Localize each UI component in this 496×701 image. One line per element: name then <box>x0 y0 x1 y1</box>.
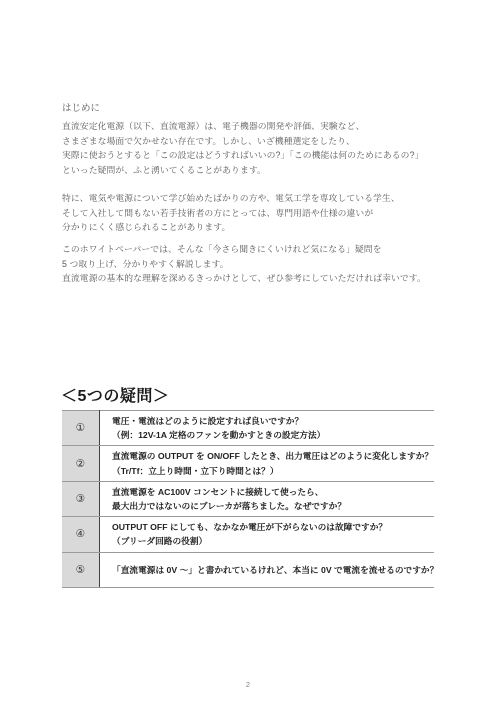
question-text-cell: 直流電源を AC100V コンセントに接続して使ったら、 最大出力ではないのにブ… <box>100 481 435 516</box>
question-line: （Tr/Tf：立上り時間・立下り時間とは？） <box>112 464 430 478</box>
intro-paragraph-2: 特に、電気や電源について学び始めたばかりの方や、電気工学を専攻している学生、 そ… <box>62 191 400 235</box>
question-number-badge: ③ <box>62 481 100 516</box>
question-text-cell: 電圧・電流はどのように設定すれば良いですか？ （例：12V-1A 定格のファンを… <box>100 411 435 446</box>
question-text-cell: 直流電源の OUTPUT を ON/OFF したとき、出力電圧はどのように変化し… <box>100 446 435 481</box>
paragraph-line: 直流電源の基本的な理解を深めるきっかけとして、ぜひ参考にしていただければ幸いです… <box>62 271 426 286</box>
question-number-badge: ① <box>62 411 100 446</box>
intro-heading: はじめに <box>62 100 100 114</box>
paragraph-line: さまざまな場面で欠かせない存在です。しかし、いざ機種選定をしたり、 <box>62 134 423 149</box>
paragraph-line: 直流安定化電源（以下、直流電源）は、電子機器の開発や評価、実験など、 <box>62 119 423 134</box>
question-number-badge: ④ <box>62 517 100 552</box>
intro-paragraph-1: 直流安定化電源（以下、直流電源）は、電子機器の開発や評価、実験など、 さまざまな… <box>62 119 423 177</box>
question-line: （ブリーダ回路の役割） <box>112 534 430 548</box>
questions-table: ① 電圧・電流はどのように設定すれば良いですか？ （例：12V-1A 定格のファ… <box>62 410 434 588</box>
paragraph-line: 実際に使おうとすると「この設定はどうすればいいの?」「この機能は何のためにあるの… <box>62 148 423 163</box>
question-line: 直流電源の OUTPUT を ON/OFF したとき、出力電圧はどのように変化し… <box>112 449 430 463</box>
question-line: 「直流電源は 0V ～」と書かれているけれど、本当に 0V で電流を流せるのです… <box>112 563 430 577</box>
paragraph-line: 5 つ取り上げ、分かりやすく解説します。 <box>62 257 426 272</box>
paragraph-line: 特に、電気や電源について学び始めたばかりの方や、電気工学を専攻している学生、 <box>62 191 400 206</box>
question-row: ③ 直流電源を AC100V コンセントに接続して使ったら、 最大出力ではないの… <box>62 481 434 516</box>
paragraph-line: このホワイトペーパーでは、そんな「今さら聞きにくいけれど気になる」疑問を <box>62 242 426 257</box>
paragraph-line: 分かりにくく感じられることがあります。 <box>62 220 400 235</box>
question-line: 直流電源を AC100V コンセントに接続して使ったら、 <box>112 485 430 499</box>
question-number-badge: ② <box>62 446 100 481</box>
paragraph-line: そして入社して間もない若手技術者の方にとっては、専門用語や仕様の違いが <box>62 206 400 221</box>
question-number-badge: ⑤ <box>62 552 100 587</box>
question-line: （例：12V-1A 定格のファンを動かすときの設定方法） <box>112 428 430 442</box>
question-row: ② 直流電源の OUTPUT を ON/OFF したとき、出力電圧はどのように変… <box>62 446 434 481</box>
questions-section-heading: ＜5つの疑問＞ <box>61 383 169 406</box>
question-row: ⑤ 「直流電源は 0V ～」と書かれているけれど、本当に 0V で電流を流せるの… <box>62 552 434 587</box>
question-row: ① 電圧・電流はどのように設定すれば良いですか？ （例：12V-1A 定格のファ… <box>62 411 434 446</box>
question-line: 最大出力ではないのにブレーカが落ちました。なぜですか？ <box>112 499 430 513</box>
question-row: ④ OUTPUT OFF にしても、なかなか電圧が下がらないのは故障ですか？ （… <box>62 517 434 552</box>
document-page: はじめに 直流安定化電源（以下、直流電源）は、電子機器の開発や評価、実験など、 … <box>0 0 496 701</box>
question-line: OUTPUT OFF にしても、なかなか電圧が下がらないのは故障ですか？ <box>112 520 430 534</box>
question-line: 電圧・電流はどのように設定すれば良いですか？ <box>112 414 430 428</box>
paragraph-line: といった疑問が、ふと湧いてくることがあります。 <box>62 163 423 178</box>
question-text-cell: 「直流電源は 0V ～」と書かれているけれど、本当に 0V で電流を流せるのです… <box>100 552 435 587</box>
question-text-cell: OUTPUT OFF にしても、なかなか電圧が下がらないのは故障ですか？ （ブリ… <box>100 517 435 552</box>
intro-paragraph-3: このホワイトペーパーでは、そんな「今さら聞きにくいけれど気になる」疑問を 5 つ… <box>62 242 426 286</box>
page-number: 2 <box>0 680 496 689</box>
